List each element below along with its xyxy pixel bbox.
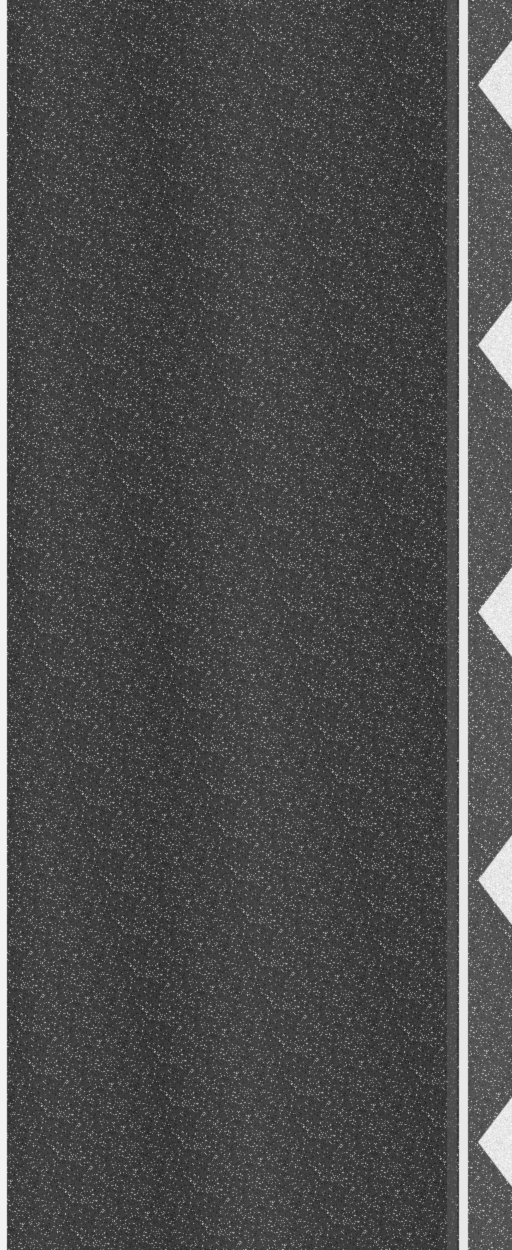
road-surface — [0, 0, 512, 1250]
aerial-road-image: Aerial top-down view of an asphalt road … — [0, 0, 512, 1250]
